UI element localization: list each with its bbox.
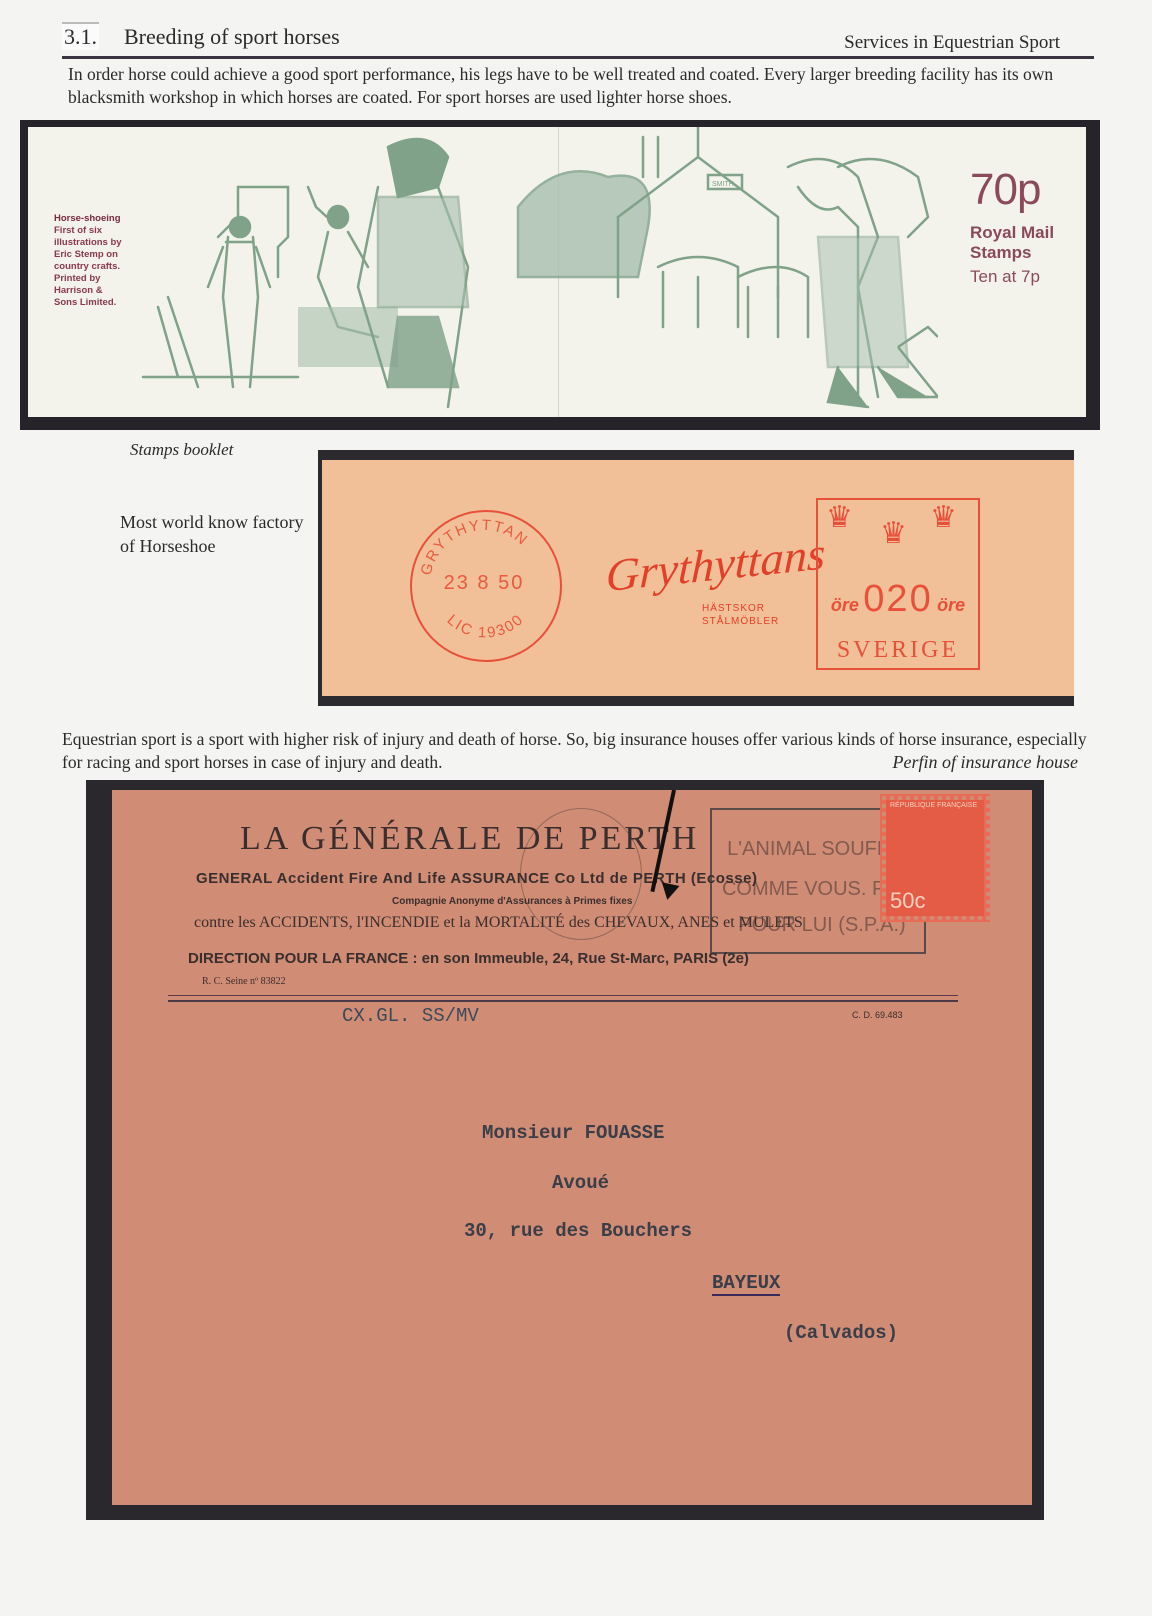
postmark-date: 23 8 50: [432, 572, 536, 595]
credit-line: illustrations by: [54, 237, 122, 249]
stamp-booklet: Horse-shoeing First of six illustrations…: [28, 127, 1086, 417]
crown-icon: ♛: [930, 500, 957, 535]
credit-line: Printed by: [54, 273, 122, 285]
reference-code: CX.GL. SS/MV: [342, 1005, 479, 1027]
meter-cover: GRYTHYTTAN LIC 19300 23 8 50 Grythyttans…: [322, 460, 1074, 696]
insurance-envelope: L'ANIMAL SOUFFRE COMME VOUS. PITIÉ POUR …: [112, 790, 1032, 1505]
frank-country: SVERIGE: [818, 637, 978, 664]
credit-line: Sons Limited.: [54, 297, 122, 309]
frank-value: öre 020 öre: [822, 578, 974, 621]
exhibit-title: Services in Equestrian Sport: [844, 32, 1060, 54]
insurance-scope: contre les ACCIDENTS, l'INCENDIE et la M…: [194, 914, 803, 932]
product-line: HÄSTSKOR: [702, 602, 779, 615]
direction-address: DIRECTION POUR LA FRANCE : en son Immeub…: [188, 950, 749, 967]
credit-line: Eric Stemp on: [54, 249, 122, 261]
crown-icon: ♛: [826, 500, 853, 535]
address-name: Monsieur FOUASSE: [482, 1122, 664, 1144]
company-type: Compagnie Anonyme d'Assurances à Primes …: [392, 896, 632, 907]
address-city: BAYEUX: [712, 1272, 780, 1296]
section-title: Breeding of sport horses: [124, 24, 340, 50]
stamp-country: RÉPUBLIQUE FRANÇAISE: [890, 802, 977, 809]
svg-text:SMITH: SMITH: [712, 181, 734, 188]
credit-line: country crafts.: [54, 261, 122, 273]
registration: R. C. Seine nº 83822: [202, 976, 286, 987]
letterhead-rule: [168, 995, 958, 996]
address-region: (Calvados): [784, 1322, 898, 1344]
section-number: 3.1.: [62, 22, 99, 50]
arrow-head-icon: [659, 882, 680, 901]
product-line: STÅLMÖBLER: [702, 615, 779, 628]
stamp-value: 50c: [890, 888, 925, 914]
factory-products: HÄSTSKOR STÅLMÖBLER: [702, 602, 779, 628]
stamp-face: RÉPUBLIQUE FRANÇAISE 50c: [886, 800, 984, 916]
address-street: 30, rue des Bouchers: [464, 1220, 692, 1242]
header-rule: [62, 56, 1094, 59]
sign: SMITH: [712, 181, 734, 188]
booklet-contents: Ten at 7p: [970, 267, 1040, 287]
currency-right: öre: [937, 595, 965, 615]
svg-text:LIC 19300: LIC 19300: [444, 611, 528, 642]
booklet-brand: Royal Mail Stamps: [970, 223, 1054, 263]
crown-icon: ♛: [880, 516, 907, 551]
credit-line: First of six: [54, 225, 122, 237]
credit-heading: Horse-shoeing: [54, 213, 122, 225]
frank-amount: 020: [863, 578, 932, 620]
credit-line: Harrison &: [54, 285, 122, 297]
address-title: Avoué: [552, 1172, 609, 1194]
caption-perfin: Perfin of insurance house: [893, 752, 1078, 773]
meter-frank: ♛ ♛ ♛ öre 020 öre SVERIGE: [816, 498, 980, 670]
blacksmith-illustration: SMITH: [138, 127, 938, 417]
factory-brand: Grythyttans: [605, 527, 826, 602]
brand-line: Royal Mail: [970, 223, 1054, 243]
cd-code: C. D. 69.483: [852, 1010, 903, 1020]
brand-line: Stamps: [970, 243, 1054, 263]
svg-text:GRYTHYTTAN: GRYTHYTTAN: [418, 517, 532, 577]
booklet-credit: Horse-shoeing First of six illustrations…: [54, 213, 122, 309]
booklet-price: 70p: [970, 165, 1040, 215]
caption-factory: Most world know factory of Horseshoe: [120, 510, 320, 558]
postage-stamp: RÉPUBLIQUE FRANÇAISE 50c: [880, 794, 990, 922]
intro-text: In order horse could achieve a good spor…: [68, 63, 1098, 109]
caption-booklet: Stamps booklet: [130, 440, 233, 460]
company-name: LA GÉNÉRALE DE PERTH: [240, 820, 699, 858]
letterhead-rule: [168, 1000, 958, 1002]
currency-left: öre: [831, 595, 859, 615]
